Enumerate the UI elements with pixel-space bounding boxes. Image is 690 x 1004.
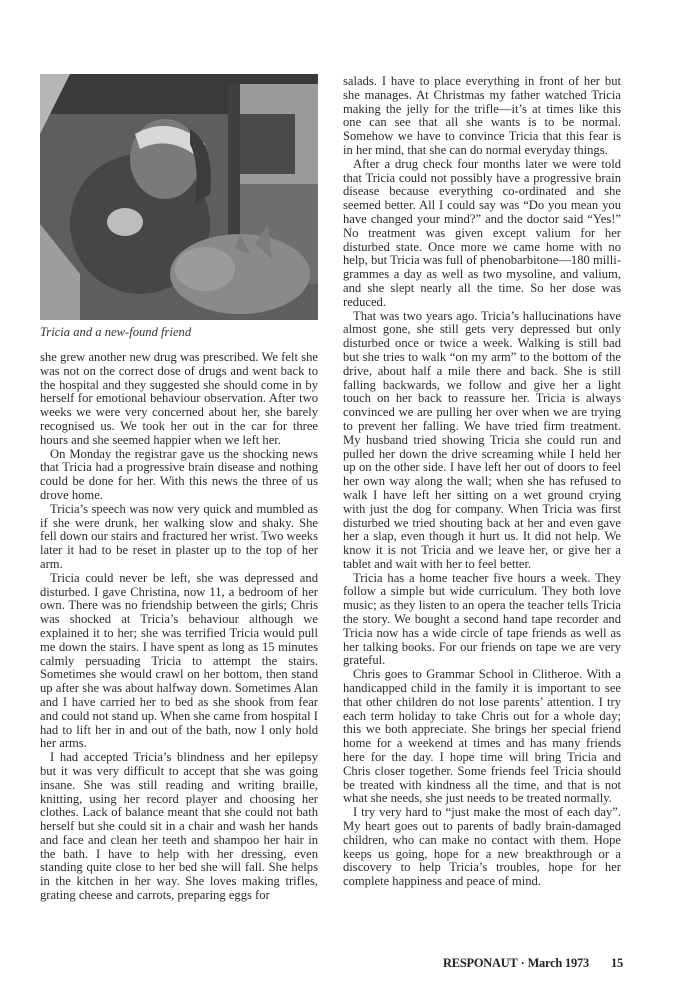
paragraph: I had accepted Tricia’s blindness and he… (40, 751, 318, 903)
page-number: 15 (611, 956, 623, 970)
photo-image (40, 74, 318, 320)
left-column: she grew another new drug was prescribed… (40, 351, 318, 903)
paragraph: Chris goes to Grammar School in Clithero… (343, 668, 621, 806)
paragraph: I try very hard to “just make the most o… (343, 806, 621, 889)
photo-tricia-and-dog (40, 74, 318, 320)
paragraph: Tricia’s speech was now very quick and m… (40, 503, 318, 572)
paragraph: Tricia has a home teacher five hours a w… (343, 572, 621, 669)
paragraph: salads. I have to place everything in fr… (343, 75, 621, 158)
paragraph: Tricia could never be left, she was depr… (40, 572, 318, 751)
issue-date: March 1973 (528, 956, 589, 970)
paragraph: On Monday the registrar gave us the shoc… (40, 448, 318, 503)
footer-separator: · (521, 956, 525, 970)
paragraph: she grew another new drug was prescribed… (40, 351, 318, 448)
paragraph: That was two years ago. Tricia’s halluci… (343, 310, 621, 572)
page-footer: RESPONAUT·March 197315 (443, 956, 623, 971)
paragraph: After a drug check four months later we … (343, 158, 621, 310)
photo-caption: Tricia and a new-found friend (40, 325, 191, 340)
right-column: salads. I have to place everything in fr… (343, 75, 621, 889)
publication-name: RESPONAUT (443, 956, 518, 970)
